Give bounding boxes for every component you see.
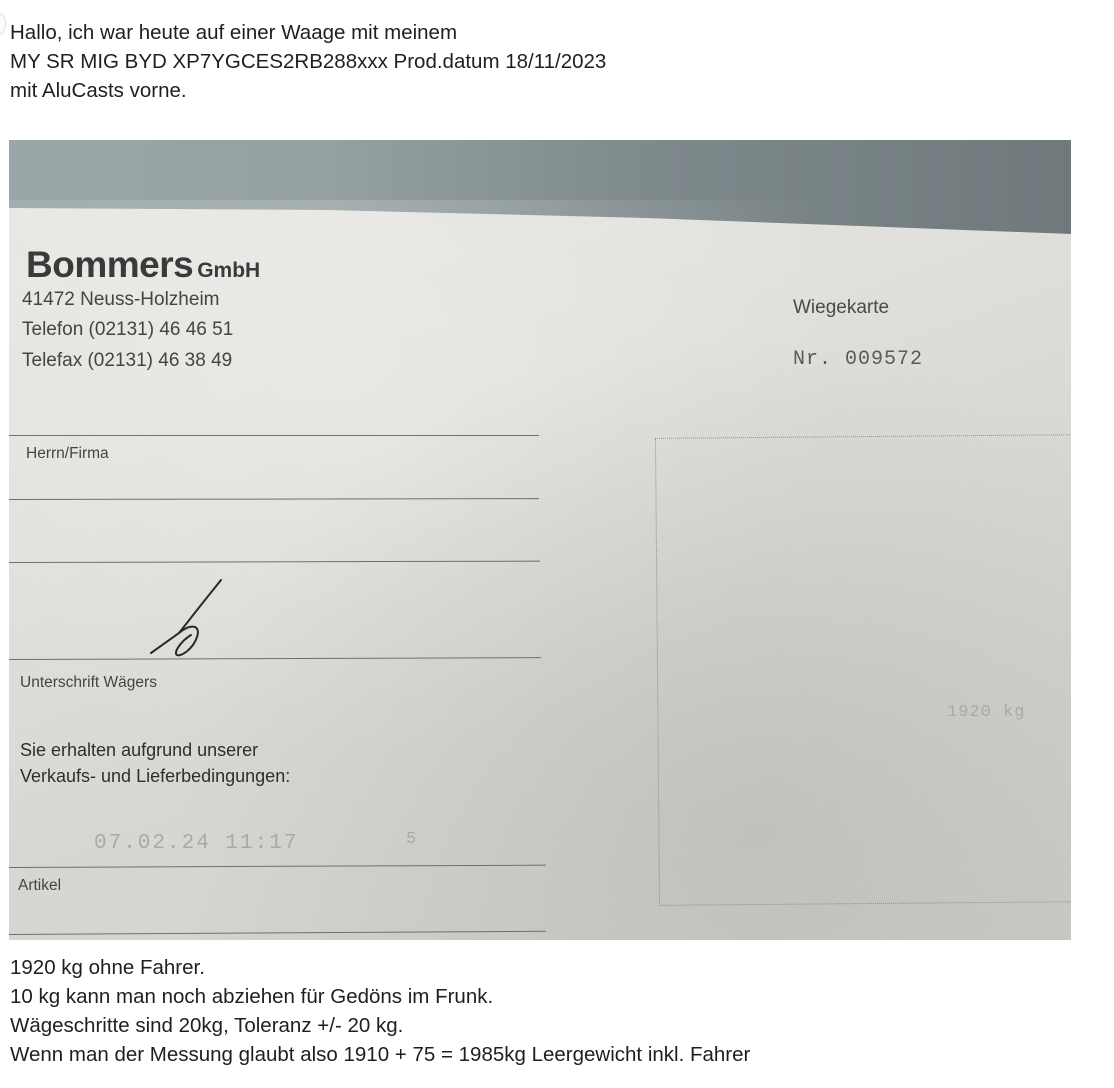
card-number: Nr. 009572: [793, 348, 923, 371]
company-phone: Telefon (02131) 46 46 51: [22, 319, 233, 341]
company-address: 41472 Neuss-Holzheim: [22, 289, 220, 311]
divider-line: [9, 561, 540, 563]
company-name-text: Bommers: [26, 244, 193, 285]
post-outro-text: 1920 kg ohne Fahrer. 10 kg kann man noch…: [10, 953, 750, 1069]
company-name: BommersGmbH: [26, 244, 260, 286]
outro-line: 10 kg kann man noch abziehen für Gedöns …: [10, 982, 750, 1011]
signature-line: [9, 657, 541, 660]
terms-line: Sie erhalten aufgrund unserer: [20, 737, 290, 763]
terms-text: Sie erhalten aufgrund unserer Verkaufs- …: [20, 737, 290, 789]
divider-line: [9, 435, 539, 436]
intro-line: mit AluCasts vorne.: [10, 76, 606, 105]
printed-weight: 1920 kg: [947, 703, 1025, 722]
terms-line: Verkaufs- und Lieferbedingungen:: [20, 763, 290, 789]
article-label: Artikel: [18, 877, 61, 895]
weighing-ticket-photo[interactable]: BommersGmbH 41472 Neuss-Holzheim Telefon…: [9, 140, 1071, 940]
signature-scribble: [139, 575, 239, 665]
outro-line: Wenn man der Messung glaubt also 1910 + …: [10, 1040, 750, 1069]
post-intro-text: Hallo, ich war heute auf einer Waage mit…: [10, 18, 606, 105]
card-title: Wiegekarte: [793, 297, 889, 319]
intro-line: MY SR MIG BYD XP7YGCES2RB288xxx Prod.dat…: [10, 47, 606, 76]
company-fax: Telefax (02131) 46 38 49: [22, 350, 232, 372]
avatar-edge: [0, 12, 6, 36]
outro-line: Wägeschritte sind 20kg, Toleranz +/- 20 …: [10, 1011, 750, 1040]
printed-datetime: 07.02.24 11:17: [94, 832, 298, 855]
background-wall: [9, 140, 1071, 240]
signature-label: Unterschrift Wägers: [20, 674, 157, 692]
intro-line: Hallo, ich war heute auf einer Waage mit…: [10, 18, 606, 47]
divider-line: [9, 498, 539, 500]
weight-box: [655, 434, 1071, 906]
divider-line: [9, 865, 546, 868]
printed-code: 5: [406, 830, 418, 849]
divider-line: [9, 931, 546, 935]
outro-line: 1920 kg ohne Fahrer.: [10, 953, 750, 982]
customer-label: Herrn/Firma: [26, 445, 109, 463]
company-suffix: GmbH: [197, 259, 260, 282]
